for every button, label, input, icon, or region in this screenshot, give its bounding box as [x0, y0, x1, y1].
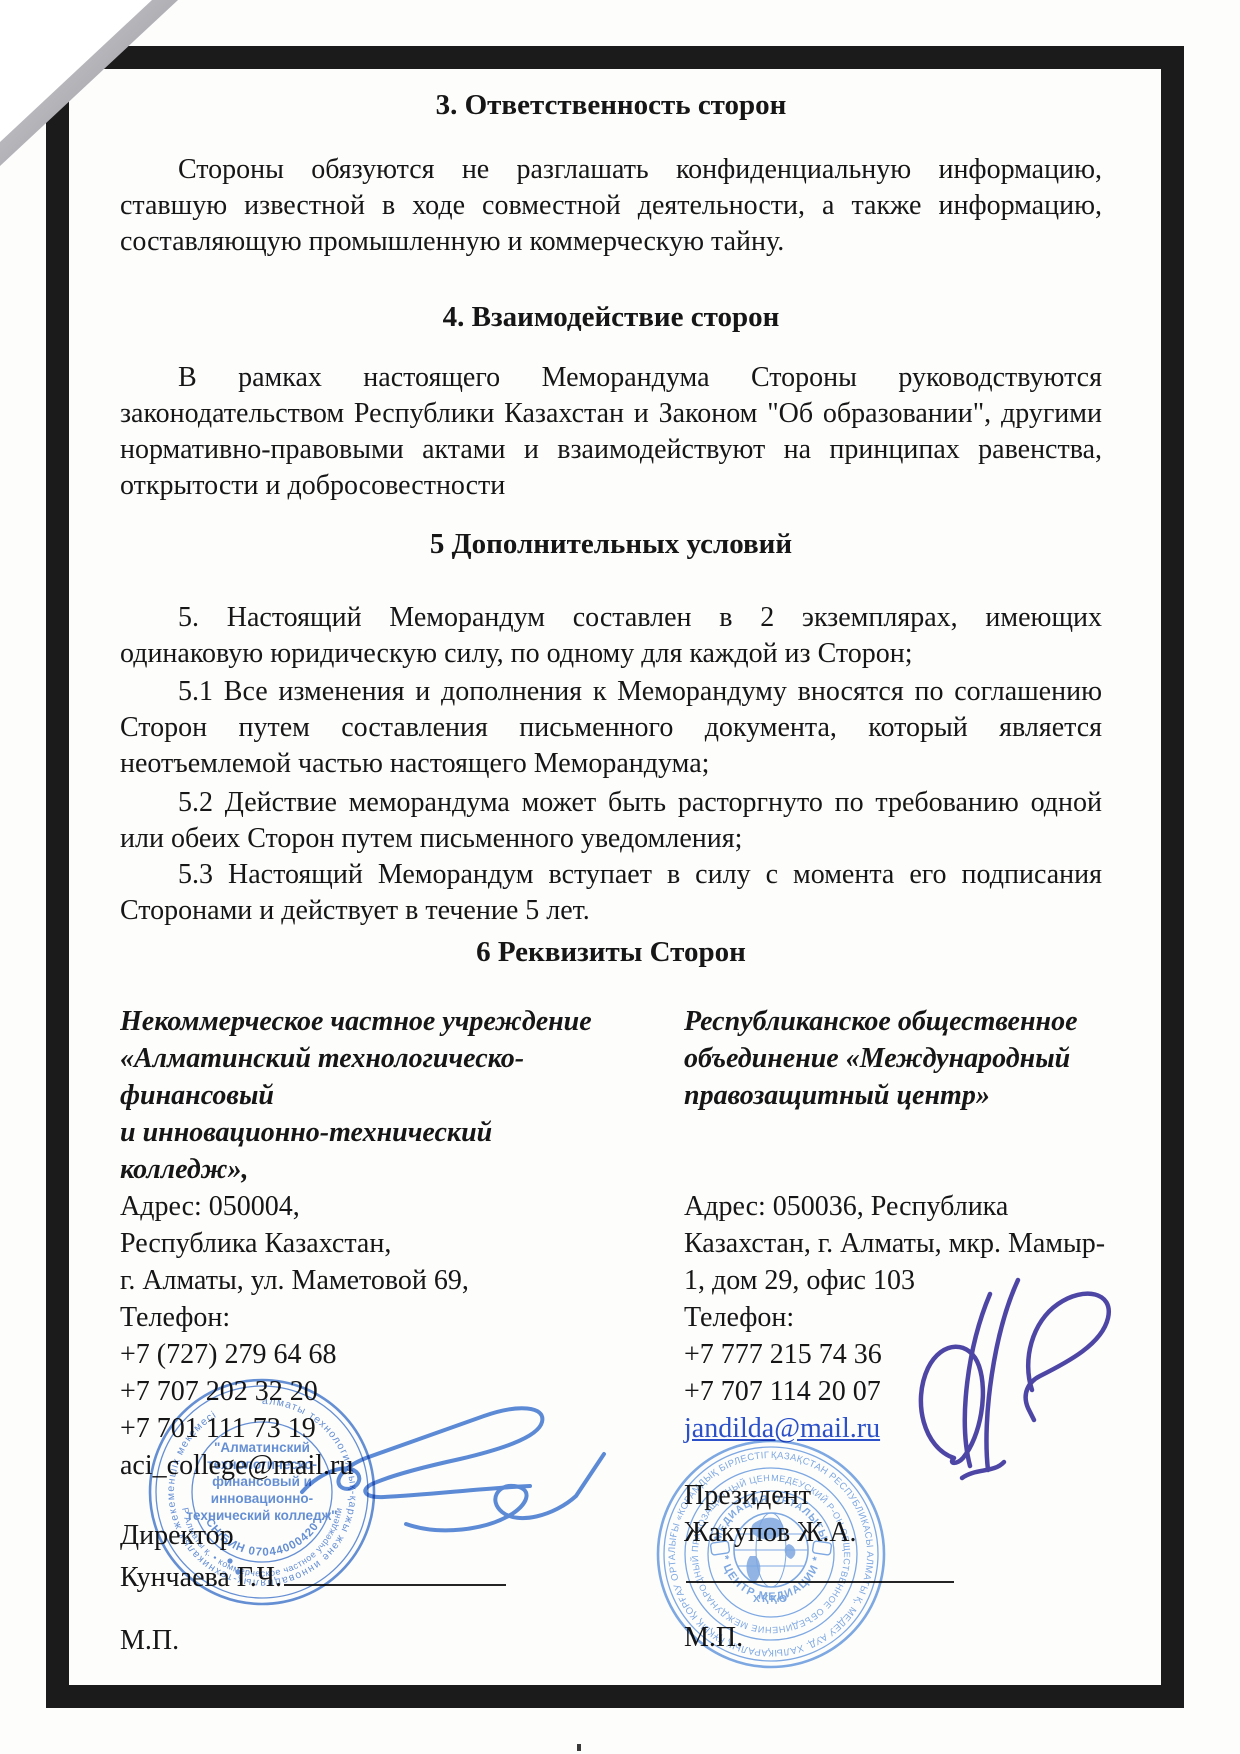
- party-name-line: Республиканское общественное: [684, 1003, 1102, 1040]
- stamp-side-badge: [710, 1541, 729, 1555]
- party-name-line: объединение «Международный: [684, 1040, 1102, 1077]
- party-address-line: г. Алматы, ул. Маметовой 69,: [120, 1262, 598, 1299]
- stamp-dot: [235, 1569, 240, 1574]
- party-name-line: «Алматинский технологическо-: [120, 1040, 598, 1077]
- right-signature: [836, 1270, 1138, 1572]
- left-signature: [288, 1396, 622, 1548]
- party-name-line: правозащитный центр»: [684, 1077, 1102, 1114]
- clause-5-2: 5.2 Действие меморандума может быть раст…: [120, 785, 1102, 857]
- party-name-line: колледж»,: [120, 1151, 598, 1188]
- phone-label: Телефон:: [120, 1299, 598, 1336]
- section-4-paragraph: В рамках настоящего Меморандума Стороны …: [120, 360, 1102, 504]
- party-address-line: Адрес: 050036, Республика: [684, 1188, 1102, 1225]
- clause-5-3: 5.3 Настоящий Меморандум вступает в силу…: [120, 857, 1102, 929]
- column-spacer: [684, 1114, 1102, 1188]
- globe-icon: [734, 1513, 808, 1587]
- seal-mark-label: М.П.: [120, 1622, 598, 1659]
- clause-5: 5. Настоящий Меморандум составлен в 2 эк…: [120, 600, 1102, 672]
- party-name-line: Некоммерческое частное учреждение: [120, 1003, 598, 1040]
- clause-5-1: 5.1 Все изменения и дополнения к Меморан…: [120, 674, 1102, 782]
- section-heading-4: 4. Взаимодействие сторон: [120, 300, 1102, 334]
- party-phone: +7 (727) 279 64 68: [120, 1336, 598, 1373]
- stamp-globe-caption: ХҚҚО: [753, 1593, 789, 1605]
- party-address-line: Республика Казахстан,: [120, 1225, 598, 1262]
- party-name-line: и инновационно-технический: [120, 1114, 598, 1151]
- party-address-line: Адрес: 050004,: [120, 1188, 598, 1225]
- scanned-memorandum-page: 3. Ответственность сторон Стороны обязую…: [0, 0, 1240, 1754]
- section-heading-3: 3. Ответственность сторон: [120, 88, 1102, 122]
- section-3-paragraph: Стороны обязуются не разглашать конфиден…: [120, 152, 1102, 260]
- scan-speck: [577, 1744, 581, 1751]
- section-heading-6: 6 Реквизиты Сторон: [120, 935, 1102, 969]
- party-name-line: финансовый: [120, 1077, 598, 1114]
- stamp-side-badge: [812, 1541, 831, 1555]
- section-heading-5: 5 Дополнительных условий: [120, 527, 1102, 561]
- stamp-dot: [227, 1558, 232, 1563]
- party-address-line: Казахстан, г. Алматы, мкр. Мамыр-: [684, 1225, 1102, 1262]
